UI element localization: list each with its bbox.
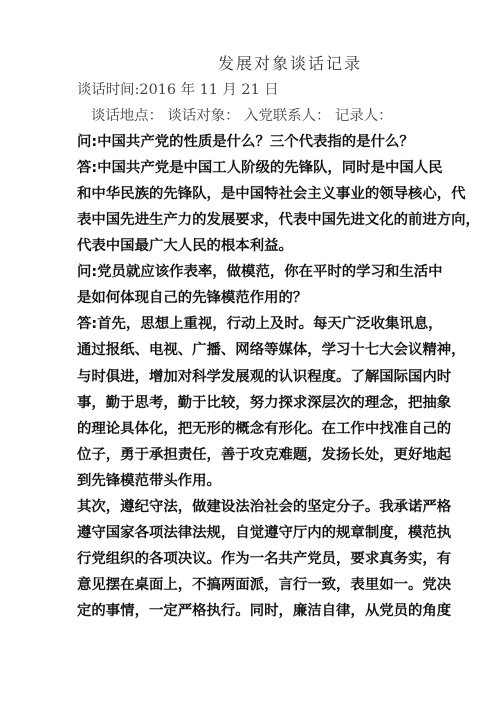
interview-time: 谈话时间:2016 年 11 月 21 日	[77, 80, 279, 100]
document-page: 发展对象谈话记录 谈话时间:2016 年 11 月 21 日 谈话地点： 谈话对…	[0, 0, 500, 707]
body-line: 定的事情，一定严格执行。同时，廉洁自律，从党员的角度	[77, 601, 451, 621]
body-line: 遵守国家各项法律法规，自觉遵守厅内的规章制度，模范执	[77, 523, 451, 543]
body-line: 行党组织的各项决议。作为一名共产党员，要求真务实，有	[77, 549, 451, 569]
body-line: 事，勤于思考，勤于比较，努力探求深层次的理念，把抽象	[77, 393, 451, 413]
body-line: 问:党员就应该作表率，做模范，你在平时的学习和生活中	[77, 262, 443, 282]
body-line: 答:中国共产党是中国工人阶级的先锋队，同时是中国人民	[77, 158, 443, 178]
interview-place-line: 谈话地点： 谈话对象： 入党联系人： 记录人：	[91, 106, 393, 126]
body-line: 和中华民族的先锋队，是中国特社会主义事业的领导核心，代	[77, 184, 466, 204]
body-line: 的理论具体化，把无形的概念有形化。在工作中找准自己的	[77, 419, 451, 439]
body-line: 通过报纸、电视、广播、网络等媒体，学习十七大会议精神，	[77, 340, 466, 360]
body-line: 问:中国共产党的性质是什么？三个代表指的是什么？	[77, 132, 414, 152]
document-title: 发展对象谈话记录	[40, 51, 500, 74]
body-line: 表中国先进生产力的发展要求，代表中国先进文化的前进方向，	[77, 210, 480, 230]
body-line: 到先锋模范带头作用。	[77, 471, 221, 491]
body-line: 其次，遵纪守法，做建设法治社会的坚定分子。我承诺严格	[77, 497, 451, 517]
body-line: 与时俱进，增加对科学发展观的认识程度。了解国际国内时	[77, 367, 451, 387]
body-line: 答:首先，思想上重视，行动上及时。每天广泛收集讯息，	[77, 314, 443, 334]
body-line: 位子，勇于承担责任，善于攻克难题，发扬长处，更好地起	[77, 445, 451, 465]
body-line: 是如何体现自己的先锋模范作用的？	[77, 288, 307, 308]
body-line: 意见摆在桌面上，不搞两面派，言行一致，表里如一。党决	[77, 575, 451, 595]
body-line: 代表中国最广大人民的根本利益。	[77, 236, 293, 256]
